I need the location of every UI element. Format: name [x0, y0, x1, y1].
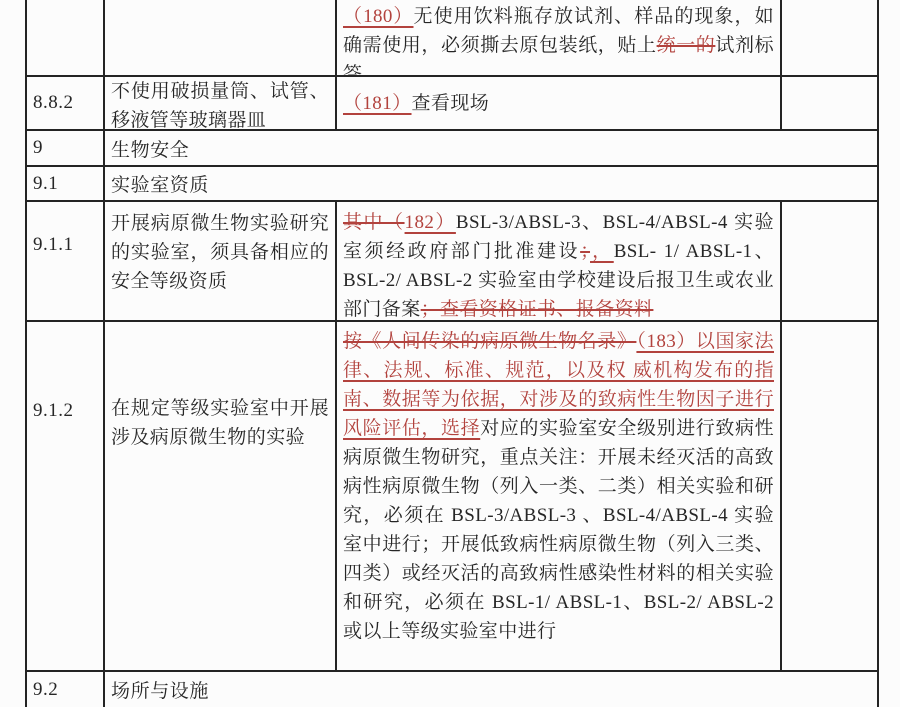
document-page: （180）无使用饮料瓶存放试剂、样品的现象，如确需使用，必须撕去原包装纸，贴上统…: [0, 0, 900, 707]
table-row-8-8-2: 8.8.2 不使用破损量筒、试管、移液管等玻璃器皿 （181）查看现场: [27, 77, 879, 131]
requirement-text: 在规定等级实验室中开展涉及病原微生物的实验: [111, 394, 329, 452]
inserted-revision-text: 182）: [405, 212, 456, 233]
detail-text-segment: 对应的实验室安全级别进行致病性病原微生物研究，重点关注：开展未经灭活的高致病性病…: [343, 418, 774, 642]
requirement-text: 开展病原微生物实验研究的实验室，须具备相应的安全等级资质: [111, 209, 329, 296]
deleted-revision-text: 统一的: [657, 35, 716, 56]
item-number: 9.1.1: [33, 234, 74, 256]
table-row-continuation: （180）无使用饮料瓶存放试剂、样品的现象，如确需使用，必须撕去原包装纸，贴上统…: [27, 0, 879, 77]
requirement-cell: 在规定等级实验室中开展涉及病原微生物的实验: [105, 322, 337, 670]
item-number-cell: 8.8.2: [27, 77, 105, 129]
inspection-detail-cell: （180）无使用饮料瓶存放试剂、样品的现象，如确需使用，必须撕去原包装纸，贴上统…: [337, 0, 782, 75]
inspection-detail-cell: 按《人间传染的病原微生物名录》（183）以国家法律、法规、标准、规范，以及权 威…: [337, 322, 782, 670]
detail-text-segment: 查看现场: [412, 93, 490, 114]
item-number: 9.1.2: [33, 400, 74, 422]
inspection-detail-text: 按《人间传染的病原微生物名录》（183）以国家法律、法规、标准、规范，以及权 威…: [343, 327, 774, 646]
section-number-cell: 9: [27, 131, 105, 165]
remark-cell: [782, 77, 879, 129]
section-number: 9: [33, 137, 43, 159]
deleted-revision-text: 按《人间传染的病原微生物名录》: [343, 331, 636, 352]
table-row-9-1-2: 9.1.2 在规定等级实验室中开展涉及病原微生物的实验 按《人间传染的病原微生物…: [27, 322, 879, 672]
section-row-9-2: 9.2 场所与设施: [27, 672, 879, 707]
remark-cell: [782, 0, 879, 75]
item-number-cell: 9.1.1: [27, 202, 105, 320]
section-title: 场所与设施: [111, 676, 209, 703]
section-title-cell: 实验室资质: [105, 167, 879, 200]
remark-cell: [782, 322, 879, 670]
requirement-cell: [105, 0, 337, 75]
remark-cell: [782, 202, 879, 320]
section-number-cell: 9.1: [27, 167, 105, 200]
section-row-9: 9 生物安全: [27, 131, 879, 167]
inserted-revision-text: （180）: [343, 6, 414, 27]
inserted-revision-text: （181）: [343, 93, 412, 114]
inspection-detail-text: （181）查看现场: [343, 89, 774, 118]
item-number: 8.8.2: [33, 92, 74, 114]
section-number: 9.2: [33, 679, 58, 701]
section-row-9-1: 9.1 实验室资质: [27, 167, 879, 202]
section-number-cell: 9.2: [27, 672, 105, 707]
section-number: 9.1: [33, 173, 58, 195]
deleted-revision-text: ；查看资格证书、报备资料: [421, 299, 654, 320]
requirement-cell: 不使用破损量筒、试管、移液管等玻璃器皿: [105, 77, 337, 129]
section-title: 生物安全: [111, 135, 189, 162]
section-title-cell: 生物安全: [105, 131, 879, 165]
requirement-text: 不使用破损量筒、试管、移液管等玻璃器皿: [111, 77, 329, 129]
inspection-detail-text: （180）无使用饮料瓶存放试剂、样品的现象，如确需使用，必须撕去原包装纸，贴上统…: [343, 2, 774, 75]
section-title-cell: 场所与设施: [105, 672, 879, 707]
inspection-detail-cell: 其中（182）BSL-3/ABSL-3、BSL-4/ABSL-4 实验室须经政府…: [337, 202, 782, 320]
audit-checklist-table: （180）无使用饮料瓶存放试剂、样品的现象，如确需使用，必须撕去原包装纸，贴上统…: [25, 0, 879, 707]
table-row-9-1-1: 9.1.1 开展病原微生物实验研究的实验室，须具备相应的安全等级资质 其中（18…: [27, 202, 879, 322]
requirement-cell: 开展病原微生物实验研究的实验室，须具备相应的安全等级资质: [105, 202, 337, 320]
inspection-detail-cell: （181）查看现场: [337, 77, 782, 129]
item-number-cell: [27, 0, 105, 75]
deleted-revision-text: 其中（: [343, 212, 405, 233]
section-title: 实验室资质: [111, 170, 209, 197]
item-number-cell: 9.1.2: [27, 322, 105, 670]
inspection-detail-text: 其中（182）BSL-3/ABSL-3、BSL-4/ABSL-4 实验室须经政府…: [343, 208, 774, 320]
inserted-revision-text: ，: [590, 241, 614, 262]
deleted-revision-text: ；: [580, 241, 590, 262]
